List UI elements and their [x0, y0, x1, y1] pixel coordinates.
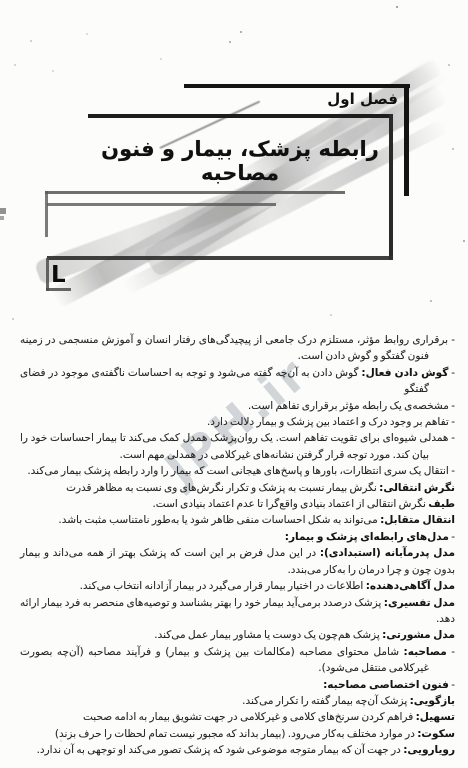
term-label: رویارویی: [403, 744, 455, 756]
term-label: نگرش انتقالی: [379, 482, 455, 494]
paragraph-text: شامل محتوای مصاحبه (مکالمات بین پزشک و ب… [20, 646, 429, 674]
paragraph-text: در موارد مختلف به‌کار می‌رود. (بیمار بدا… [55, 728, 417, 740]
bullet-dash: - [449, 400, 455, 412]
bullet-dash: - [449, 465, 455, 477]
summary-paragraph: انتقال متقابل: می‌تواند به شکل احساسات م… [20, 512, 455, 528]
term-label: مدل تفسیری: [384, 597, 455, 609]
summary-paragraph: تسهیل: فراهم کردن سرنخ‌های کلامی و غیرکل… [20, 709, 455, 725]
term-label: بازگویی: [410, 695, 455, 707]
bullet-dash: - [448, 432, 455, 444]
summary-paragraph: - انتقال یک سری انتظارات، باورها و پاسخ‌… [20, 463, 455, 479]
double-rule-left-tick [45, 191, 48, 237]
summary-paragraph: رویارویی: در جهت آن که بیمار متوجه موضوع… [20, 742, 455, 758]
summary-paragraph: طیف نگرش انتقالی از اعتماد بنیادی واقع‌گ… [20, 496, 455, 512]
frame-outer-top-line [184, 84, 410, 88]
paragraph-text: در جهت آن که بیمار متوجه موضوعی شود که پ… [37, 744, 404, 756]
term-label: طیف [428, 498, 455, 510]
summary-paragraph: مدل پدرمآبانه (استبدادی): در این مدل فرض… [20, 545, 455, 578]
chapter-number-label: فصل اول [327, 90, 398, 108]
summary-paragraph: - مصاحبه: شامل محتوای مصاحبه (مکالمات بی… [20, 644, 455, 677]
paragraph-text: همدلی شیوه‌ای برای تقویت تفاهم است. یک ر… [20, 432, 448, 460]
paragraph-text: نگرش انتقالی از اعتماد بنیادی واقع‌گرا ت… [152, 498, 428, 510]
term-label: مدل مشورتی: [382, 629, 455, 641]
corner-mark-letter: L [51, 262, 66, 288]
double-rule-top [45, 191, 345, 194]
lower-left-bracket-horizontal [46, 288, 71, 291]
summary-paragraph: مدل آگاهی‌دهنده: اطلاعات در اختیار بیمار… [20, 578, 455, 594]
summary-paragraph: - فنون اختصاصی مصاحبه: [20, 677, 455, 693]
paragraph-text: می‌تواند به شکل احساسات منفی ظاهر شود یا… [58, 514, 380, 526]
frame-inner-right-line [389, 114, 393, 260]
paragraph-text: پزشک آن‌چه بیمار گفته را تکرار می‌کند. [242, 695, 409, 707]
bullet-dash: - [449, 679, 455, 691]
paragraph-text: برقراری روابط مؤثر، مستلزم درک جامعی از … [20, 334, 448, 362]
paragraph-text: انتقال یک سری انتظارات، باورها و پاسخ‌ها… [27, 465, 449, 477]
paragraph-text: تفاهم بر وجود درک و اعتماد بین پزشک و بی… [207, 416, 449, 428]
paragraph-text: مشخصه‌ی یک رابطه مؤثر برقراری تفاهم است. [248, 400, 449, 412]
bullet-dash: - [448, 367, 455, 379]
summary-paragraph: مدل مشورتی: پزشک هم‌چون یک دوست یا مشاور… [20, 627, 455, 643]
frame-inner-bottom-line [47, 256, 393, 260]
term-label: سکوت: [417, 728, 455, 740]
summary-paragraph: بازگویی: پزشک آن‌چه بیمار گفته را تکرار … [20, 693, 455, 709]
summary-paragraph: - مدل‌های رابطه‌ای پزشک و بیمار: [20, 529, 455, 545]
bullet-dash: - [449, 416, 455, 428]
summary-paragraph: - گوش دادن فعال: گوش دادن به آن‌چه گفته … [20, 365, 455, 398]
term-label: مدل‌های رابطه‌ای پزشک و بیمار: [285, 531, 449, 543]
paragraph-text: اطلاعات در اختیار بیمار قرار می‌گیرد در … [80, 580, 366, 592]
bullet-dash: - [449, 531, 455, 543]
bullet-dash: - [448, 334, 455, 346]
term-label: مدل پدرمآبانه (استبدادی): [320, 547, 455, 559]
term-label: تسهیل: [416, 711, 455, 723]
term-label: مصاحبه: [404, 646, 447, 658]
summary-paragraph: مدل تفسیری: پزشک درصدد برمی‌آید بیمار خو… [20, 595, 455, 628]
chapter-title: رابطه پزشک، بیمار و فنون مصاحبه [90, 137, 390, 185]
paragraph-text: پزشک هم‌چون یک دوست یا مشاور بیمار عمل م… [154, 629, 382, 641]
term-label: گوش دادن فعال: [361, 367, 448, 379]
paragraph-text: نگرش بیمار نسبت به پزشک و تکرار نگرش‌های… [66, 482, 379, 494]
summary-paragraph: - تفاهم بر وجود درک و اعتماد بین پزشک و … [20, 414, 455, 430]
frame-inner-top-line [88, 114, 393, 118]
summary-paragraph: - برقراری روابط مؤثر، مستلزم درک جامعی ا… [20, 332, 455, 365]
double-rule-bottom [47, 203, 276, 206]
lower-left-bracket-vertical [46, 258, 49, 291]
term-label: فنون اختصاصی مصاحبه: [323, 679, 449, 691]
term-label: مدل آگاهی‌دهنده: [366, 580, 455, 592]
scanned-book-page: JPH.ir فصل اول رابطه پزشک، بیمار و فنون … [0, 0, 468, 768]
frame-outer-right-line [404, 84, 409, 196]
bullet-dash: - [447, 646, 455, 658]
summary-paragraph: - مشخصه‌ی یک رابطه مؤثر برقراری تفاهم اس… [20, 398, 455, 414]
summary-paragraph: سکوت: در موارد مختلف به‌کار می‌رود. (بیم… [20, 726, 455, 742]
chapter-summary-text: - برقراری روابط مؤثر، مستلزم درک جامعی ا… [20, 332, 455, 759]
summary-paragraph: نگرش انتقالی: نگرش بیمار نسبت به پزشک و … [20, 480, 455, 496]
summary-paragraph: - همدلی شیوه‌ای برای تقویت تفاهم است. یک… [20, 430, 455, 463]
term-label: انتقال متقابل: [380, 514, 455, 526]
paragraph-text: فراهم کردن سرنخ‌های کلامی و غیرکلامی در … [83, 711, 416, 723]
